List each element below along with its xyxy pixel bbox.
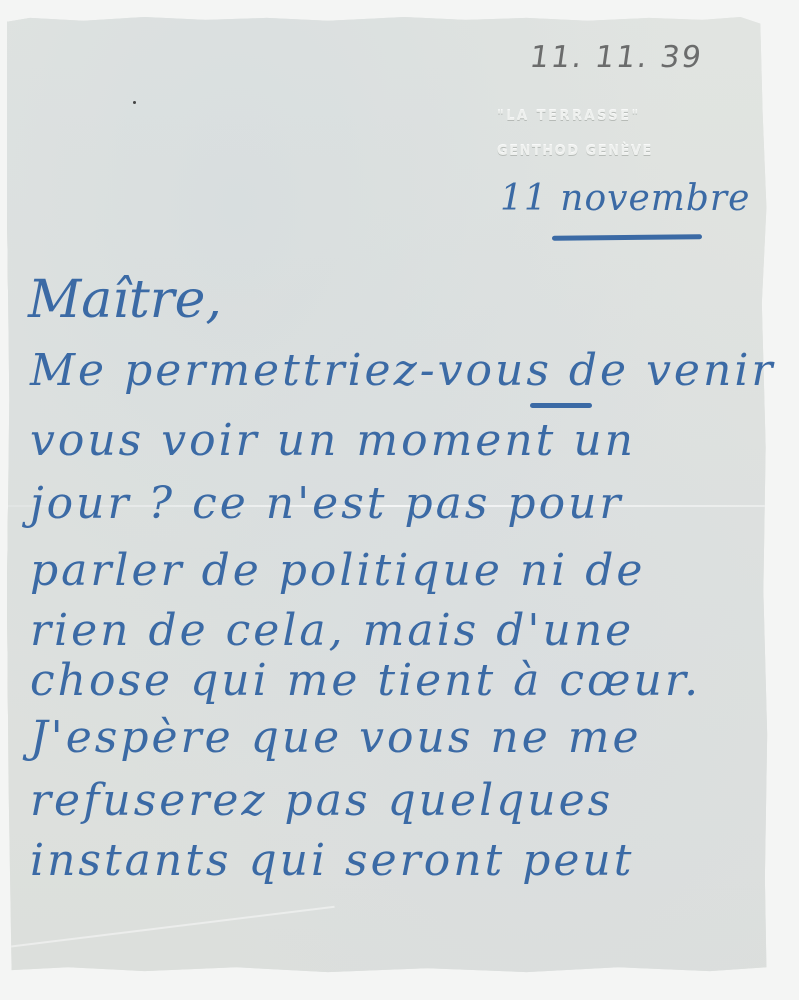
body-line: jour ? ce n'est pas pour (30, 478, 623, 529)
body-line: chose qui me tient à cœur. (30, 655, 701, 706)
body-line: rien de cela, mais d'une (30, 605, 634, 656)
body-line: instants qui seront peut (30, 835, 634, 886)
archival-pencil-date: 11. 11. 39 (528, 40, 706, 75)
diagonal-fold-crease (7, 906, 335, 948)
body-line: vous voir un moment un (30, 415, 636, 466)
letterhead-location: GENTHOD GENÈVE (497, 144, 653, 159)
body-line: J'espère que vous ne me (30, 712, 642, 763)
letterhead-name: "LA TERRASSE" (497, 109, 641, 124)
body-line: parler de politique ni de (30, 545, 645, 596)
body-line: Me permettriez-vous de venir (30, 345, 775, 396)
paper-speck (133, 101, 136, 104)
letter-date: 11 novembre (500, 178, 750, 219)
word-underline (530, 403, 592, 408)
body-line: refuserez pas quelques (30, 775, 613, 826)
salutation: Maître, (28, 270, 222, 330)
